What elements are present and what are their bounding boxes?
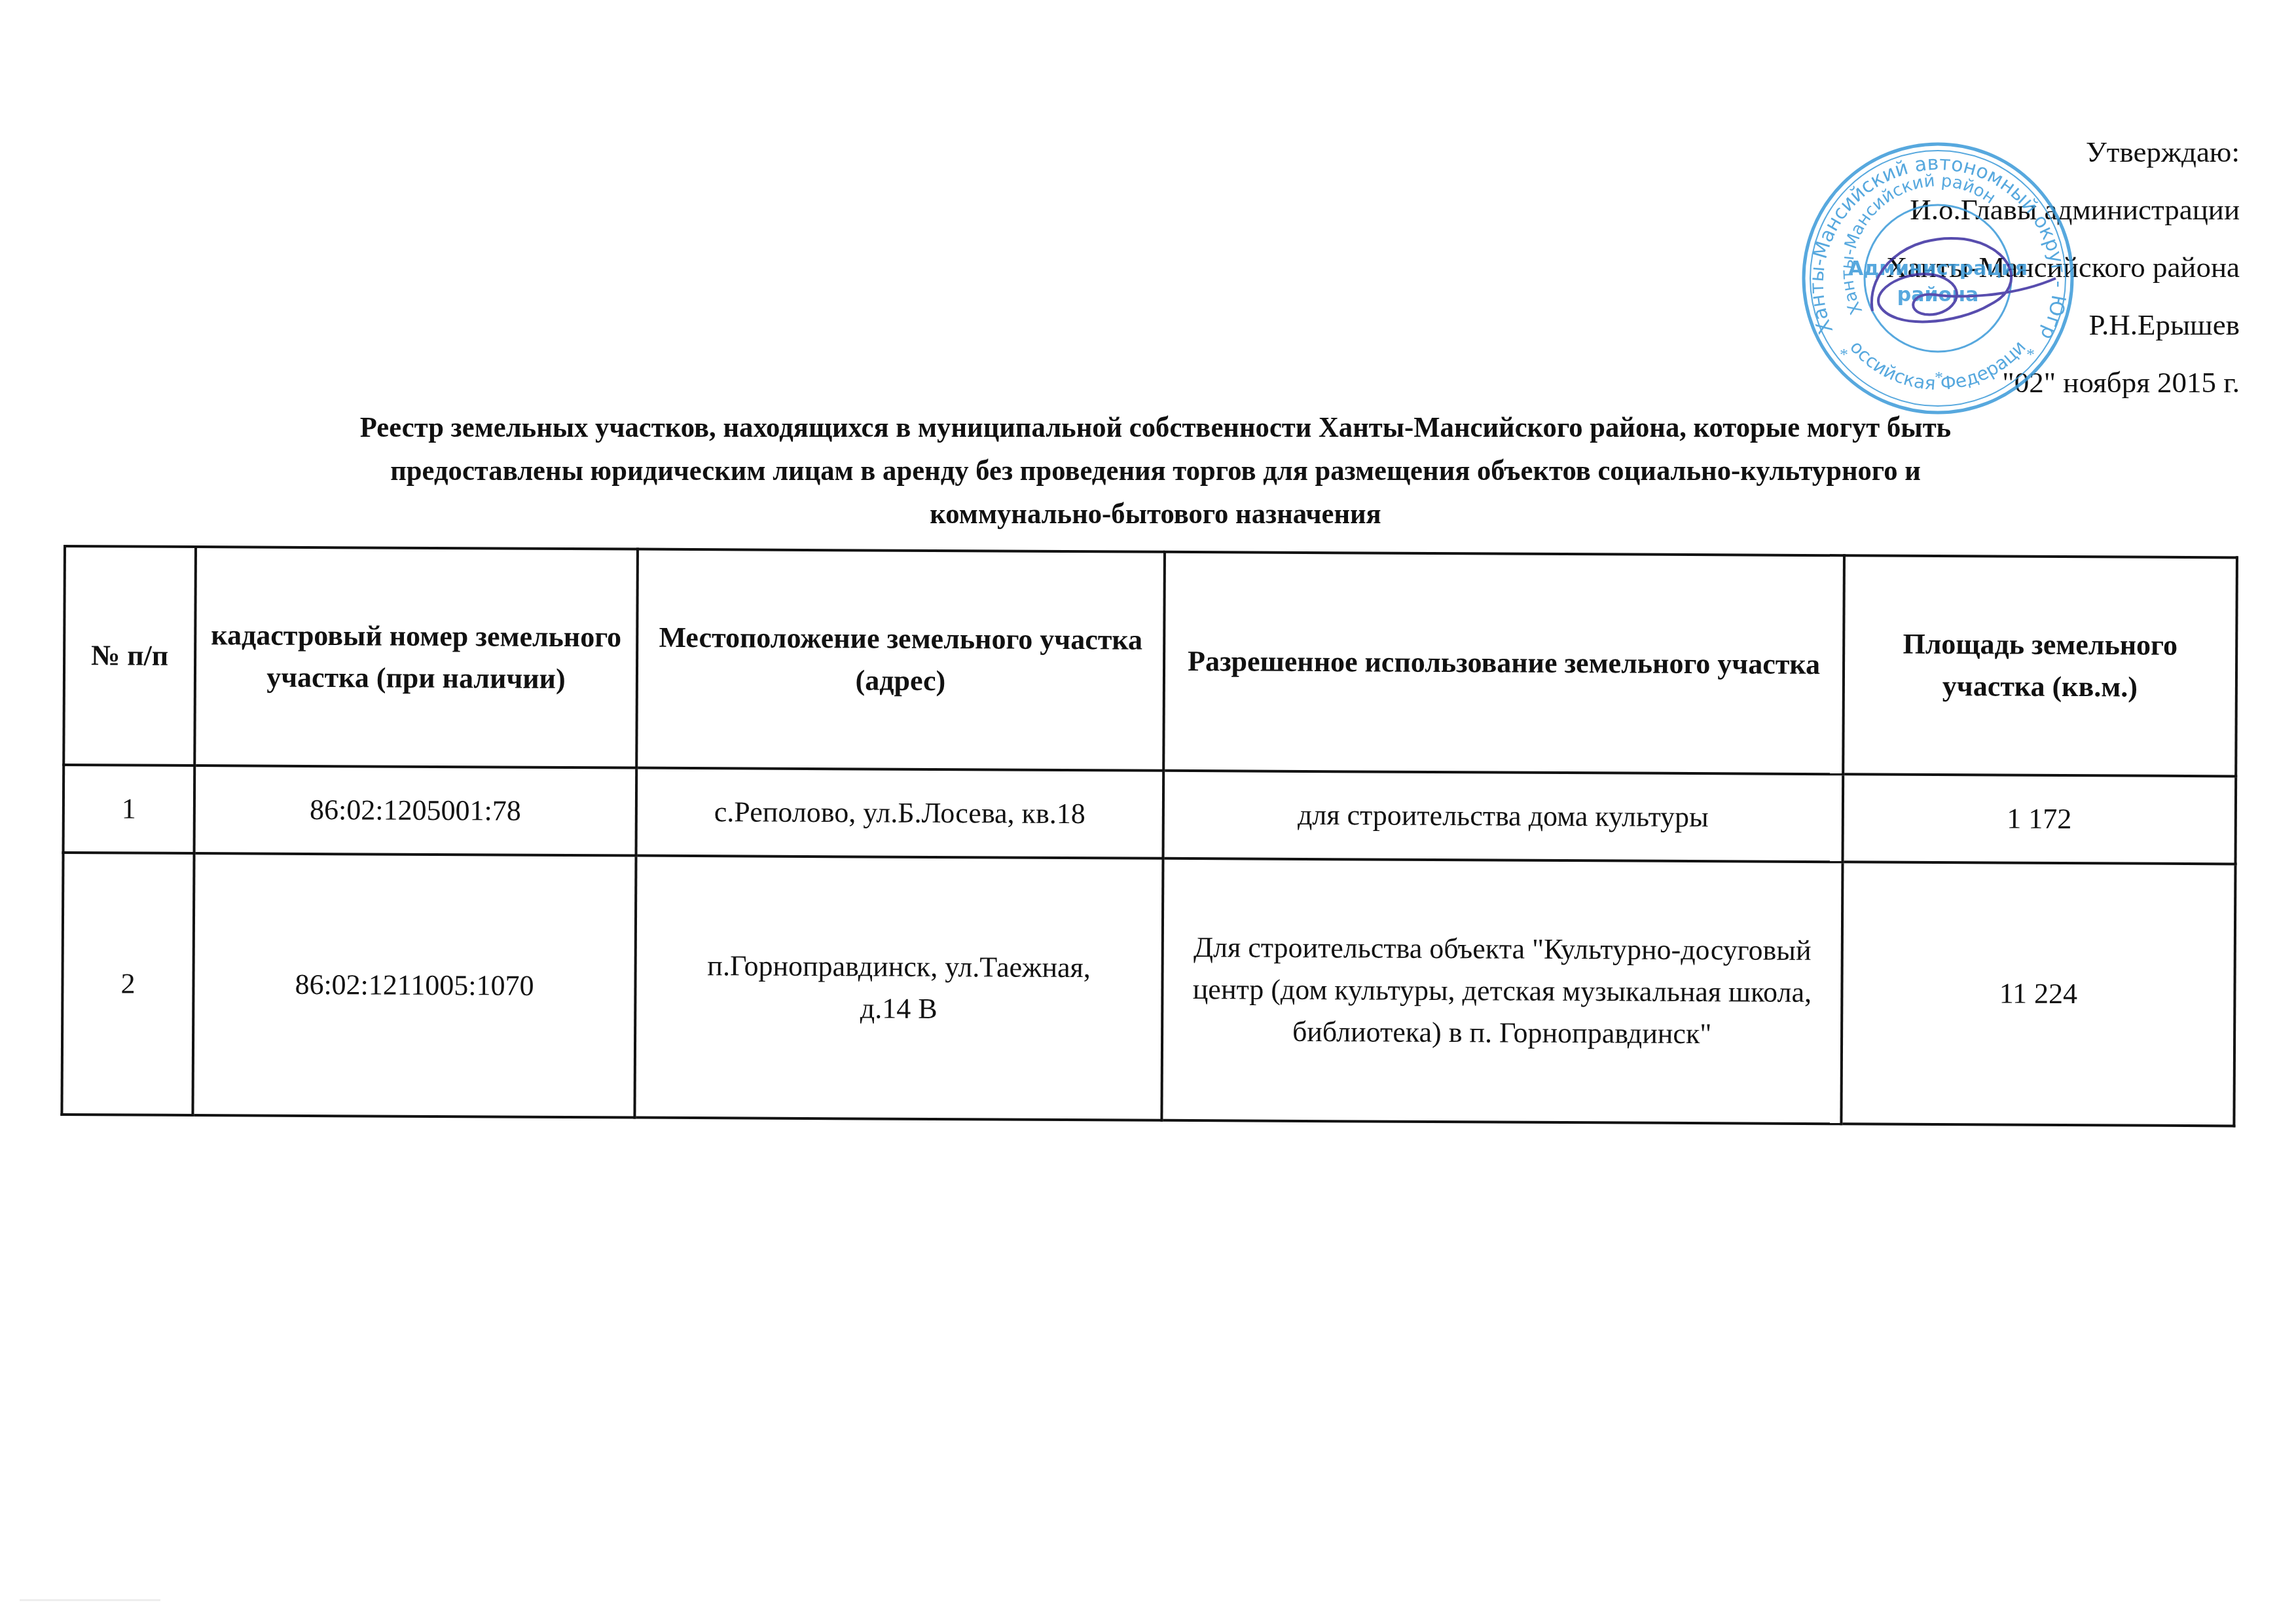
approver-organization: Ханты-Мансийского района (1650, 238, 2240, 296)
cell-number: 1 (64, 765, 195, 853)
cell-number: 2 (62, 853, 194, 1115)
title-line-3: коммунально-бытового назначения (130, 492, 2181, 536)
header-permitted-use: Разрешенное использование земельного уча… (1163, 552, 1844, 774)
header-area: Площадь земельного участка (кв.м.) (1843, 555, 2237, 776)
document-title: Реестр земельных участков, находящихся в… (130, 406, 2181, 536)
approval-heading: Утверждаю: (1650, 123, 2240, 181)
cell-cadastral-number: 86:02:1211005:1070 (192, 853, 636, 1118)
header-number: № п/п (64, 546, 196, 766)
cell-area: 11 224 (1841, 862, 2235, 1126)
table-row: 1 86:02:1205001:78 с.Реполово, ул.Б.Лосе… (64, 765, 2236, 864)
cell-cadastral-number: 86:02:1205001:78 (194, 766, 637, 856)
title-line-1: Реестр земельных участков, находящихся в… (130, 406, 2181, 449)
cell-location: п.Горноправдинск, ул.Таежная, д.14 В (634, 856, 1163, 1120)
cell-permitted-use: Для строительства объекта "Культурно-дос… (1161, 858, 1842, 1124)
title-line-2: предоставлены юридическим лицам в аренду… (130, 449, 2181, 492)
approval-block: Утверждаю: И.о.Главы администрации Ханты… (1650, 123, 2240, 411)
cell-location: с.Реполово, ул.Б.Лосева, кв.18 (636, 768, 1164, 858)
table-row: 2 86:02:1211005:1070 п.Горноправдинск, у… (62, 853, 2235, 1126)
cell-area: 1 172 (1843, 774, 2236, 864)
cell-permitted-use: для строительства дома культуры (1163, 771, 1844, 862)
approval-date: "02" ноября 2015 г. (1650, 354, 2240, 411)
approver-position: И.о.Главы администрации (1650, 181, 2240, 238)
land-plots-registry-table: № п/п кадастровый номер земельного участ… (60, 545, 2238, 1127)
approver-name: Р.Н.Ерышев (1650, 296, 2240, 354)
header-cadastral-number: кадастровый номер земельного участка (пр… (194, 547, 638, 768)
header-location: Местоположение земельного участка (адрес… (636, 549, 1165, 771)
table-header-row: № п/п кадастровый номер земельного участ… (64, 546, 2237, 776)
scan-artifact-divider (20, 1599, 160, 1601)
